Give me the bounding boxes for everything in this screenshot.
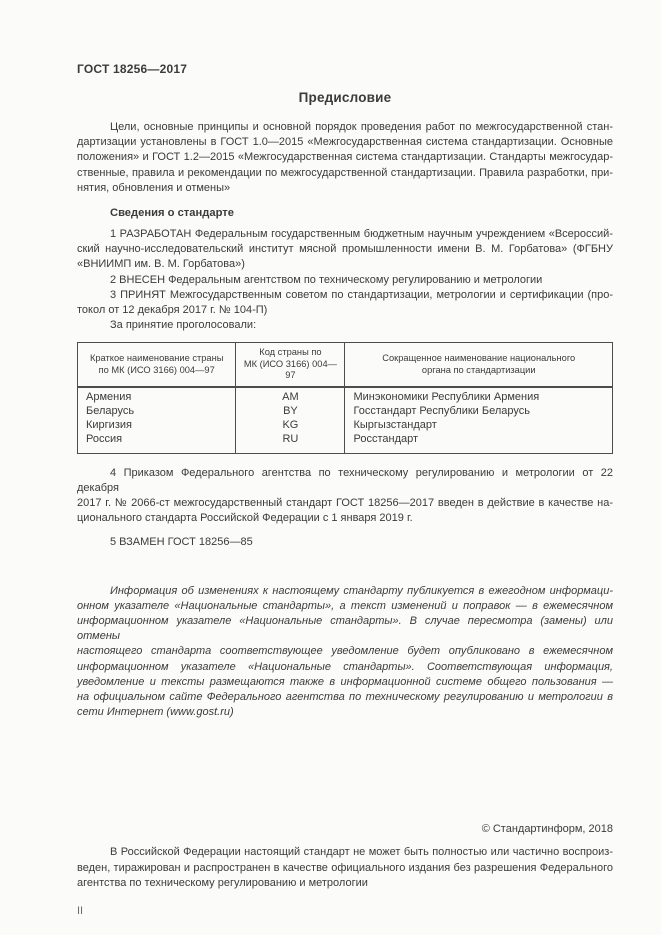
table-row: Армения AM Минэкономики Республики Армен…: [78, 387, 613, 405]
item-adopted: 3 ПРИНЯТ Межгосударственным советом по с…: [77, 288, 613, 318]
vote-table: Краткое наименование страны по МК (ИСО 3…: [77, 342, 613, 453]
item-developed: 1 РАЗРАБОТАН Федеральным государственным…: [77, 227, 613, 273]
table-cell-country: Россия: [78, 433, 236, 453]
table-row: Беларусь BY Госстандарт Республики Белар…: [78, 405, 613, 419]
document-page: ГОСТ 18256—2017 Предисловие Цели, основн…: [0, 0, 661, 935]
table-cell-country: Армения: [78, 387, 236, 405]
item-enacted: 4 Приказом Федерального агентства по тех…: [77, 466, 613, 527]
table-cell-body: Минэкономики Республики Армения: [345, 387, 613, 405]
vote-lead: За принятие проголосовали:: [77, 318, 613, 333]
table-header-country-code: Код страны по МК (ИСО 3166) 004—97: [236, 343, 345, 387]
table-cell-body: Кыргызстандарт: [345, 419, 613, 433]
item-submitted: 2 ВНЕСЕН Федеральным агентством по техни…: [77, 273, 613, 288]
table-cell-country: Киргизия: [78, 419, 236, 433]
table-cell-code: RU: [236, 433, 345, 453]
doc-code: ГОСТ 18256—2017: [77, 62, 613, 76]
notice-paragraph: Информация об изменениях к настоящему ст…: [77, 584, 613, 721]
table-cell-body: Госстандарт Республики Беларусь: [345, 405, 613, 419]
table-cell-body: Росстандарт: [345, 433, 613, 453]
page-title: Предисловие: [77, 90, 613, 105]
table-cell-code: AM: [236, 387, 345, 405]
page-number: II: [77, 905, 613, 917]
table-header-national-body: Сокращенное наименование национального о…: [345, 343, 613, 387]
table-row: Россия RU Росстандарт: [78, 433, 613, 453]
intro-paragraph: Цели, основные принципы и основной поряд…: [77, 120, 613, 196]
table-cell-country: Беларусь: [78, 405, 236, 419]
section-heading-standard-info: Сведения о стандарте: [77, 206, 613, 221]
copyright: © Стандартинформ, 2018: [77, 823, 613, 835]
item-replaces: 5 ВЗАМЕН ГОСТ 18256—85: [77, 535, 613, 550]
table-cell-code: BY: [236, 405, 345, 419]
table-header-row: Краткое наименование страны по МК (ИСО 3…: [78, 343, 613, 387]
table-cell-code: KG: [236, 419, 345, 433]
table-header-country: Краткое наименование страны по МК (ИСО 3…: [78, 343, 236, 387]
table-row: Киргизия KG Кыргызстандарт: [78, 419, 613, 433]
restriction-paragraph: В Российской Федерации настоящий стандар…: [77, 845, 613, 891]
